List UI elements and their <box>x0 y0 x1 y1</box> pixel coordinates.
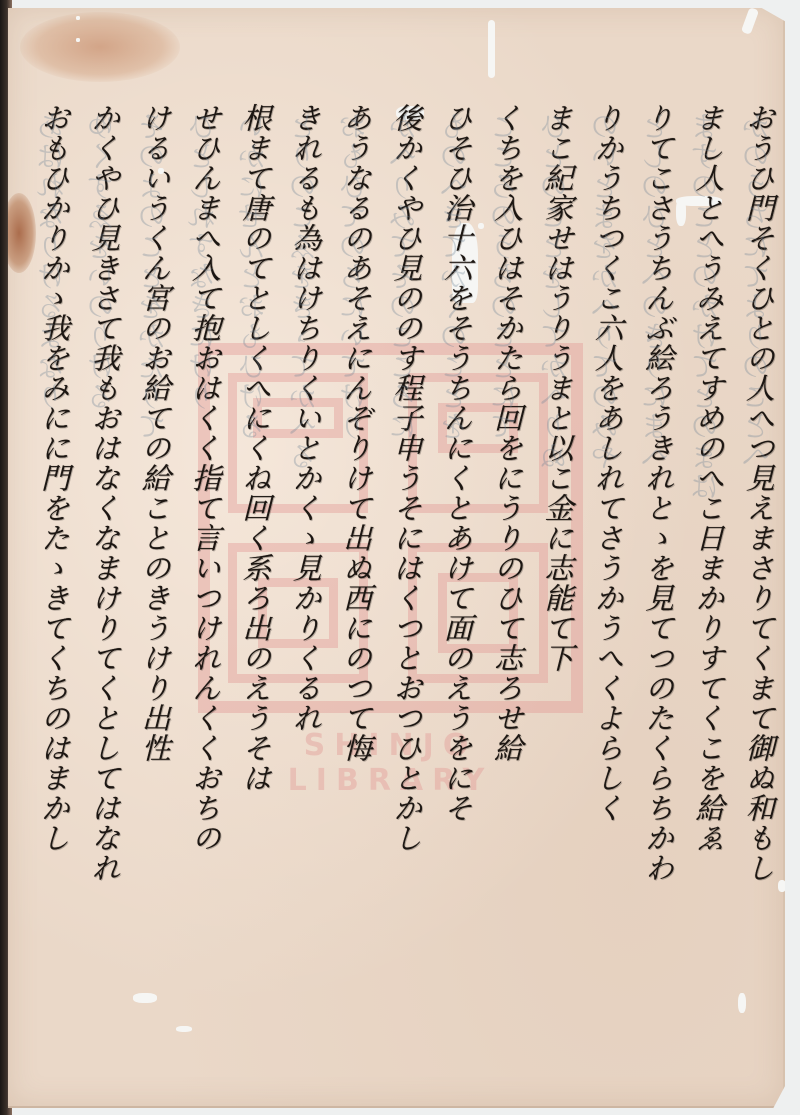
paper-damage-spot <box>741 7 759 35</box>
water-stain-top-left <box>20 12 180 82</box>
text-column-3: りてこさうちんぶ絵ろうきれとゝを見てつのたくらちかわ <box>632 103 672 1058</box>
text-column-4: りかうちつくこ六人をあしれてさうかうへくよらしく <box>582 103 622 1058</box>
text-column-8: 後かくやひ見ののす程子申うそにはくつとおつひとかし <box>380 103 420 1058</box>
manuscript-page: SHINJO LIBRARY おうひ門そくひとの人へつ見えまさりてくまて御ぬ和も… <box>8 8 785 1108</box>
paper-damage-spot <box>76 16 80 20</box>
text-column-11: 根まて唐のてとしくへにくね回く系ろ出のえうそは <box>229 103 269 1058</box>
text-column-12: せひんまへ入て抱おはくく指て言いつけれんくくおちの <box>179 103 219 1058</box>
paper-damage-spot <box>76 38 80 42</box>
paper-damage-spot <box>488 20 495 78</box>
paper-damage-spot <box>778 880 786 892</box>
text-column-10: きれるも為はけちりくいとかくゝ見かりくるれ <box>280 103 320 1058</box>
text-column-15: おもひかりかゝ我をみにに門をたゝきてくちのはまかし <box>28 103 68 1058</box>
text-column-2: まし人とへうみえてすめのへこ日まかりすてくこを給ゑ <box>682 103 722 1058</box>
text-column-9: あうなるのあそえにんぞりけて出ぬ西にのつて悔 <box>330 103 370 1058</box>
text-column-7: ひそひ治十六をそうちんにくとあけて面のえうをにそ <box>431 103 471 1058</box>
text-column-14: かくやひ見きさて我もおはなくなまけりてくとしてはなれ <box>78 103 118 1058</box>
text-column-1: おうひ門そくひとの人へつ見えまさりてくまて御ぬ和もし <box>733 103 773 1058</box>
text-column-5: まこ紀家せはうりうまと以こ金に志能て下 <box>531 103 571 1058</box>
text-column-6: くちを入ひはそかたら回をにうりのひて志ろせ給 <box>481 103 521 1058</box>
manuscript-text-columns: おうひ門そくひとの人へつ見えまさりてくまて御ぬ和もし まし人とへうみえてすめのへ… <box>28 103 773 1058</box>
text-column-13: けるいうくん宮のお給ての給ことのきうけり出性 <box>129 103 169 1058</box>
